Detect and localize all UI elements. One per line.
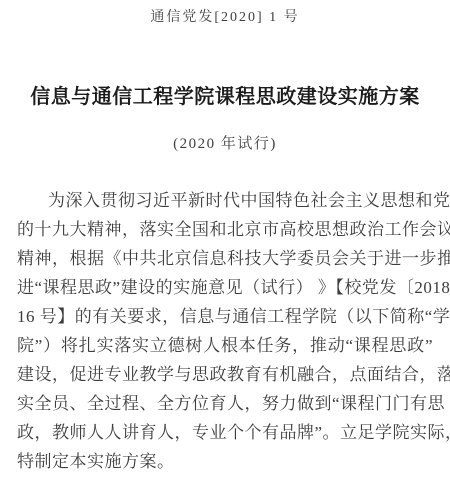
document-subtitle: (2020 年试行) <box>0 132 450 153</box>
body-line: 精神，根据《中共北京信息科技大学委员会关于进一步推 <box>17 244 433 273</box>
body-line: 建设，促进专业教学与思政教育有机融合，点面结合，落 <box>17 360 433 389</box>
body-paragraph: 为深入贯彻习近平新时代中国特色社会主义思想和党 的十九大精神，落实全国和北京市高… <box>17 186 433 476</box>
document-page: 通信党发[2020] 1 号 信息与通信工程学院课程思政建设实施方案 (2020… <box>0 0 450 481</box>
body-line: 为深入贯彻习近平新时代中国特色社会主义思想和党 <box>17 186 433 215</box>
body-line: 特制定本实施方案。 <box>17 447 433 476</box>
body-line: 的十九大精神，落实全国和北京市高校思想政治工作会议 <box>17 215 433 244</box>
doc-number: 通信党发[2020] 1 号 <box>0 6 450 26</box>
document-title: 信息与通信工程学院课程思政建设实施方案 <box>0 80 450 109</box>
body-line: 院”）将扎实落实立德树人根本任务，推动“课程思政” <box>17 331 433 360</box>
body-line: 16 号】的有关要求，信息与通信工程学院（以下简称“学 <box>17 302 433 331</box>
body-line: 实全员、全过程、全方位育人，努力做到“课程门门有思 <box>17 389 433 418</box>
body-line: 进“课程思政”建设的实施意见（试行） 》【校党发〔2018〕 <box>17 273 433 302</box>
body-line: 政，教师人人讲育人，专业个个有品牌”。立足学院实际， <box>17 418 433 447</box>
